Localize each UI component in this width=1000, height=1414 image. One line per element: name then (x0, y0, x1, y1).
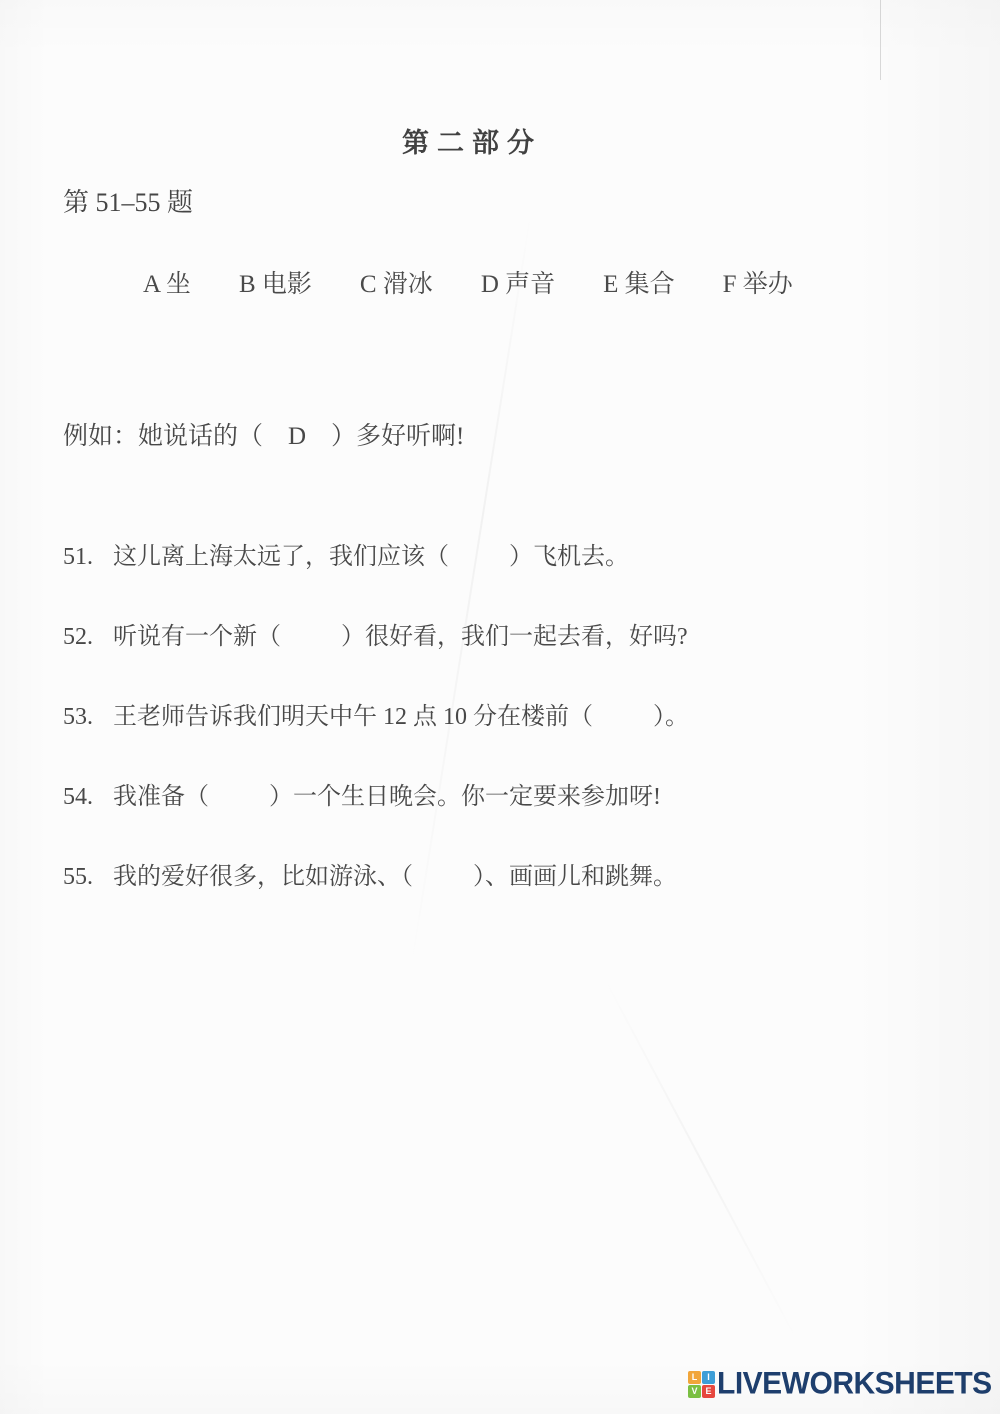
liveworksheets-logo[interactable]: L I V E LIVEWORKSHEETS (688, 1369, 992, 1399)
word-bank-option-d: D 声音 (481, 264, 555, 300)
question-text: 王老师告诉我们明天中午 12 点 10 分在楼前（ ）。 (113, 704, 689, 730)
word-bank-option-a: A 坐 (143, 264, 191, 300)
question-number: 55. (63, 864, 113, 891)
question-text: 我准备（ ）一个生日晚会。你一定要来参加呀! (113, 784, 661, 810)
word-bank-option-b: B 电影 (239, 264, 312, 300)
question-text: 我的爱好很多，比如游泳、（ ）、画画儿和跳舞。 (113, 864, 677, 890)
word-bank-option-e: E 集合 (603, 264, 675, 300)
logo-cell-e: E (702, 1385, 715, 1398)
question-row-53: 53.王老师告诉我们明天中午 12 点 10 分在楼前（ ）。 (63, 696, 689, 731)
question-number: 51. (63, 544, 113, 571)
word-bank-option-f: F 举办 (723, 264, 793, 300)
scan-artifact-line (880, 0, 881, 80)
worksheet-page: 第二部分 第 51–55 题 A 坐 B 电影 C 滑冰 D 声音 E 集合 F… (0, 0, 1000, 1414)
liveworksheets-logo-icon: L I V E (688, 1371, 715, 1398)
question-row-55: 55.我的爱好很多，比如游泳、（ ）、画画儿和跳舞。 (63, 856, 677, 891)
logo-cell-v: V (688, 1385, 701, 1398)
question-number: 54. (63, 784, 113, 811)
question-range-heading: 第 51–55 题 (63, 182, 193, 219)
scan-artifact-crease (602, 974, 801, 1346)
question-row-52: 52.听说有一个新（ ）很好看，我们一起去看，好吗? (63, 616, 688, 651)
question-row-51: 51.这儿离上海太远了，我们应该（ ）飞机去。 (63, 536, 629, 571)
question-text: 听说有一个新（ ）很好看，我们一起去看，好吗? (113, 624, 688, 650)
question-row-54: 54.我准备（ ）一个生日晚会。你一定要来参加呀! (63, 776, 661, 811)
section-title: 第二部分 (402, 121, 542, 160)
question-number: 53. (63, 704, 113, 731)
question-number: 52. (63, 624, 113, 651)
logo-cell-i: I (702, 1371, 715, 1384)
question-text: 这儿离上海太远了，我们应该（ ）飞机去。 (113, 544, 629, 570)
example-sentence: 例如：她说话的（ D ）多好听啊! (63, 416, 464, 452)
word-bank: A 坐 B 电影 C 滑冰 D 声音 E 集合 F 举办 (143, 264, 793, 300)
liveworksheets-wordmark: LIVEWORKSHEETS (717, 1368, 992, 1400)
logo-cell-l: L (688, 1371, 701, 1384)
word-bank-option-c: C 滑冰 (360, 264, 433, 300)
